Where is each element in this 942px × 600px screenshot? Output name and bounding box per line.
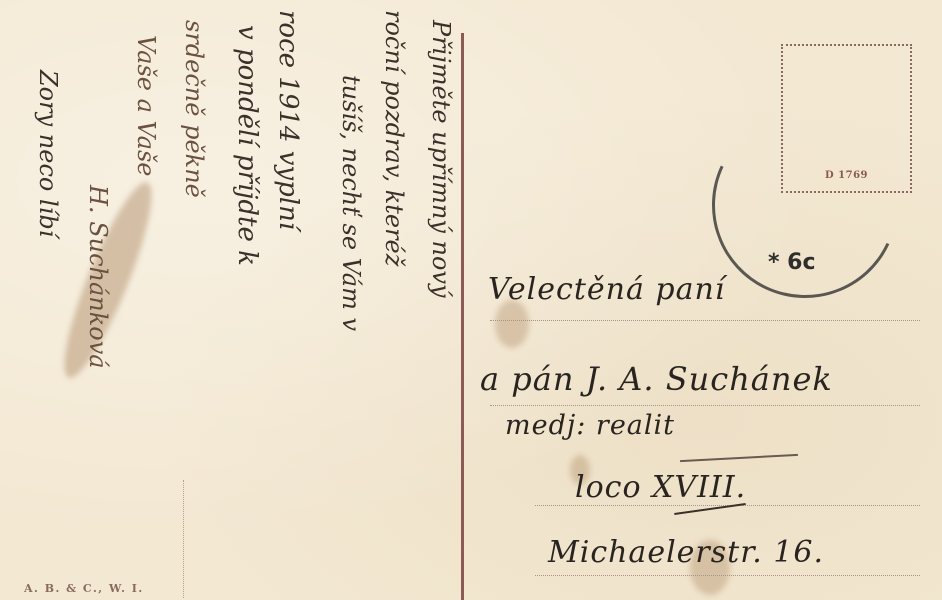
address-street: Michaelerstr. 16. xyxy=(548,535,824,570)
address-line-1 xyxy=(490,320,920,321)
address-locality: loco XVIII. xyxy=(575,470,746,505)
address-recipient: a pán J. A. Suchánek xyxy=(480,360,833,398)
message-line-7: Vaše a Vaše xyxy=(132,35,160,176)
message-line-6: srdečně pěkně xyxy=(180,20,208,198)
message-line-3: tušíš, nechť se Vám v xyxy=(337,75,365,331)
locality-underline xyxy=(680,454,798,462)
address-line-4 xyxy=(535,575,920,576)
postmark-text: * 6c xyxy=(768,250,816,275)
address-profession: medj: realit xyxy=(505,410,675,441)
message-closing: Zory neco líbí xyxy=(34,70,62,237)
address-line-2 xyxy=(490,405,920,406)
address-salutation: Velectěná paní xyxy=(488,272,725,307)
dotted-guide-line xyxy=(183,480,184,598)
message-line-5: v pondělí příjdte k xyxy=(232,25,262,266)
message-signature: H. Suchánková xyxy=(84,185,112,369)
printer-mark: A. B. & C., W. I. xyxy=(24,582,144,595)
message-line-1: Přijměte upřímný nový xyxy=(427,20,455,298)
postcard: D 1769 * 6c Velectěná paní a pán J. A. S… xyxy=(0,0,942,600)
message-line-4: roce 1914 vyplní xyxy=(273,10,303,230)
stain xyxy=(495,300,529,348)
message-line-2: roční pozdrav, kteréž xyxy=(380,10,408,266)
center-divider-line xyxy=(461,33,464,600)
